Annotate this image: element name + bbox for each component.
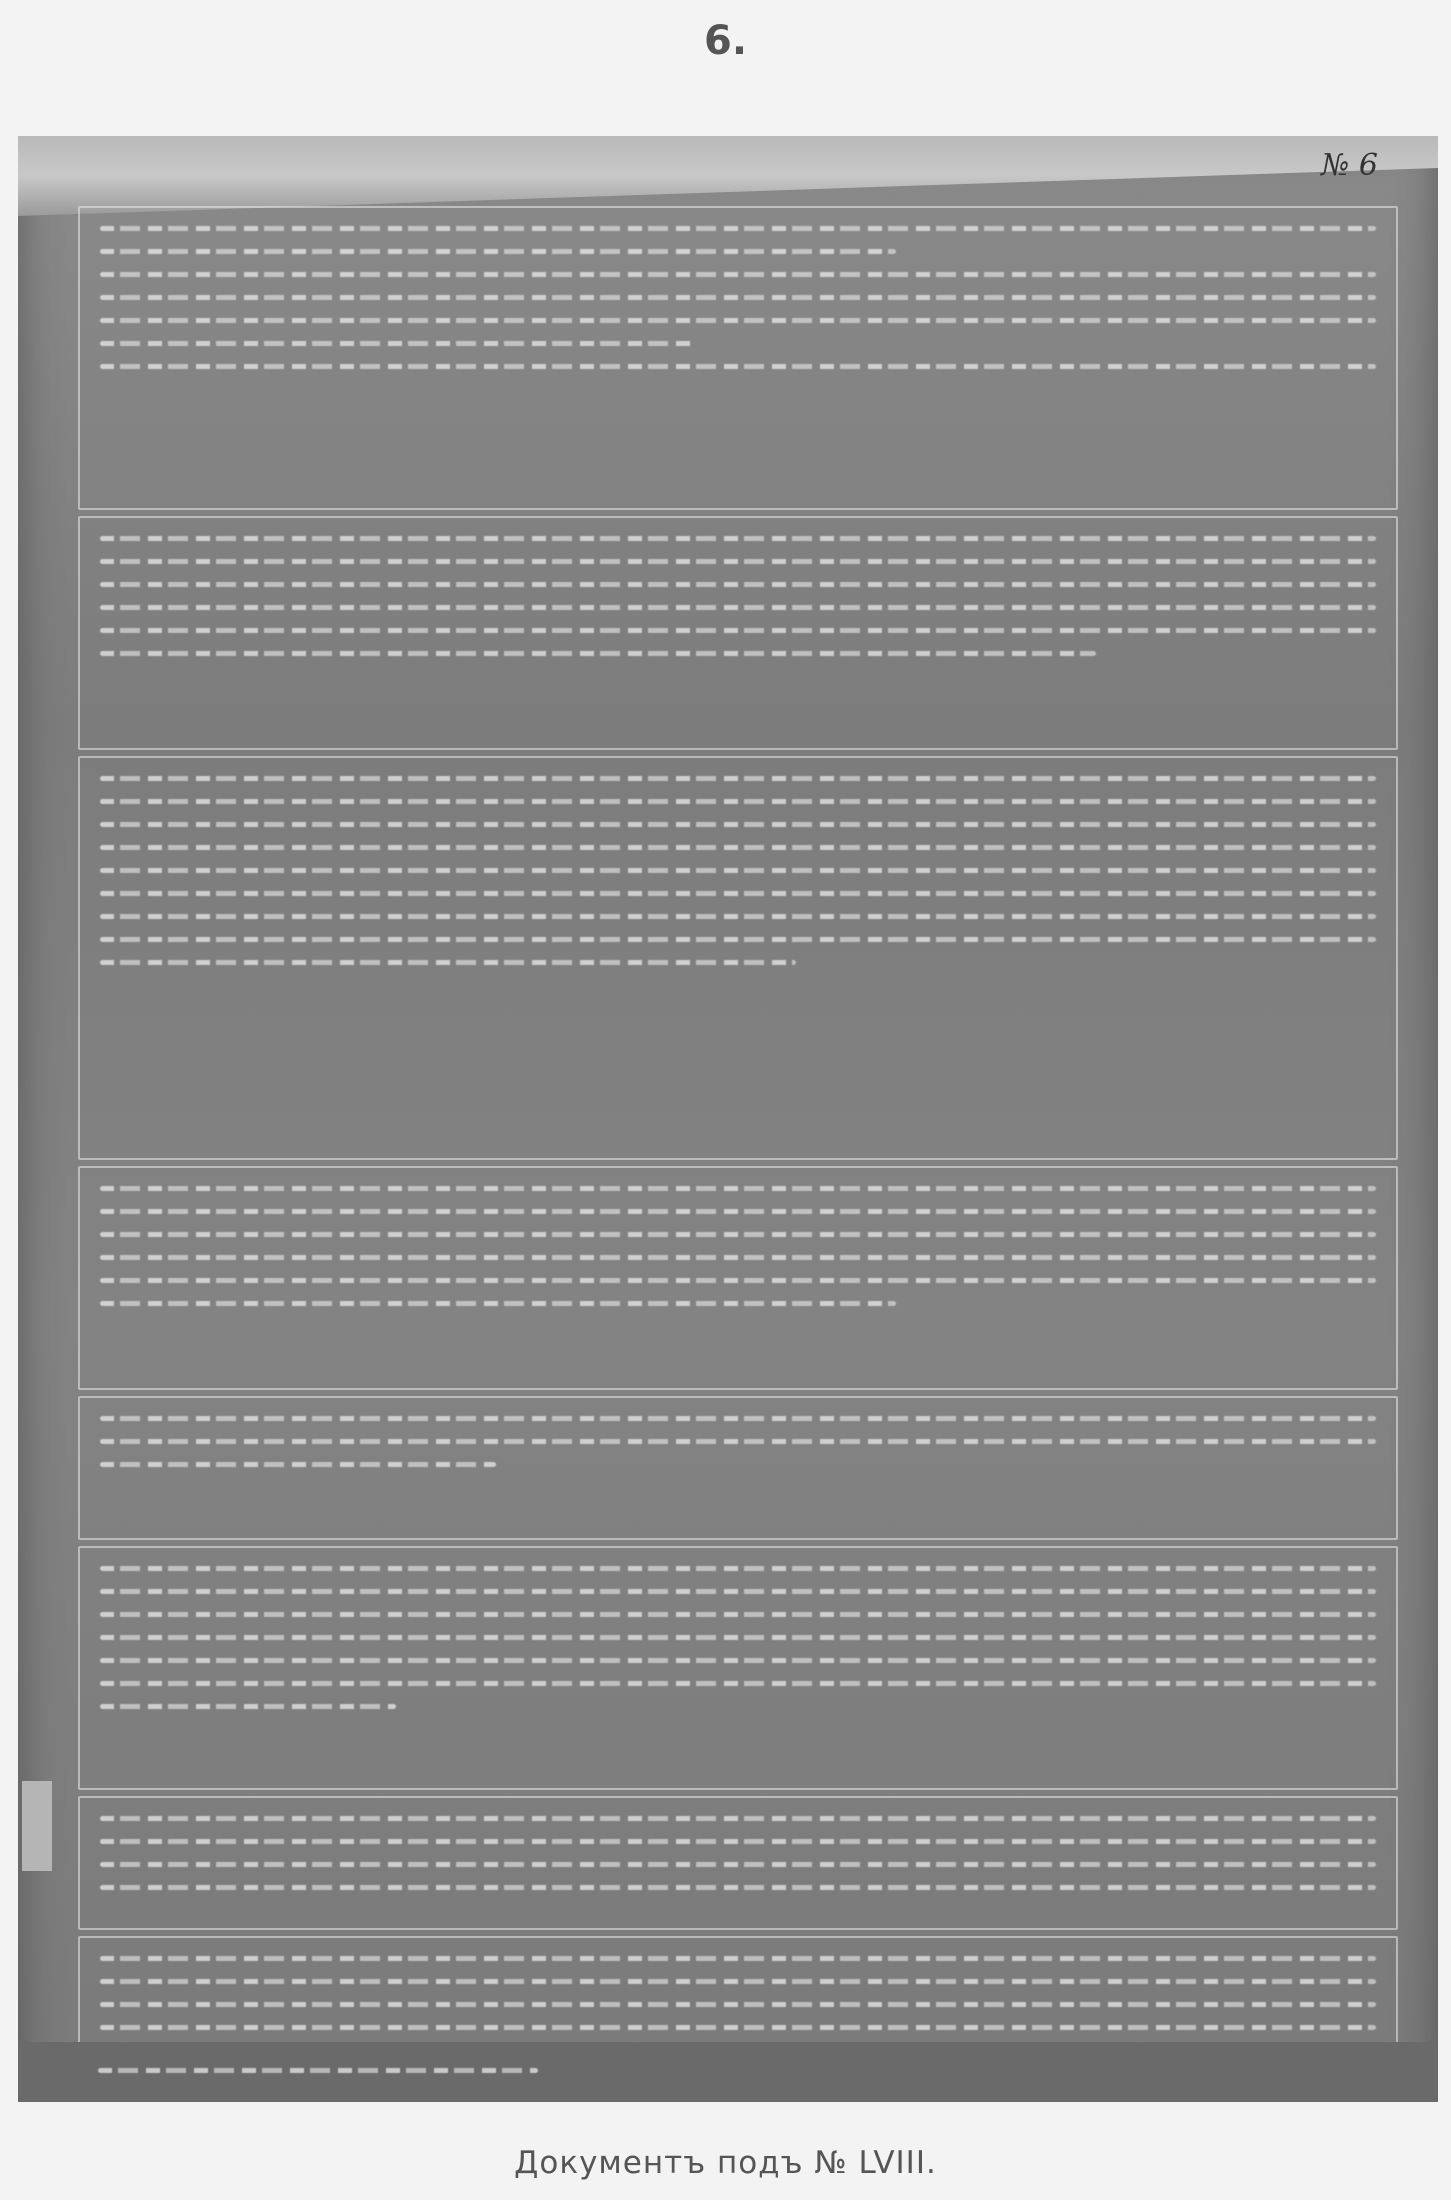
script-line	[100, 1589, 1376, 1594]
script-line	[100, 1566, 1376, 1571]
script-line	[100, 536, 1376, 541]
manuscript-text-block	[78, 1546, 1398, 1790]
script-line	[100, 1885, 1376, 1890]
manuscript-text-block	[78, 1796, 1398, 1930]
manuscript-text-block	[78, 516, 1398, 750]
script-line	[100, 1416, 1376, 1421]
script-line	[100, 914, 1376, 919]
script-line	[100, 249, 896, 254]
script-line	[100, 1862, 1376, 1867]
script-line	[100, 295, 1376, 300]
script-line	[100, 628, 1376, 633]
script-line	[100, 2025, 1376, 2030]
manuscript-top-edge	[18, 136, 1438, 216]
manuscript-text-block	[78, 1936, 1398, 2050]
script-line	[100, 1232, 1376, 1237]
manuscript-text-block	[78, 1166, 1398, 1390]
manuscript-archive-number: № 6	[1321, 148, 1378, 183]
script-line	[100, 1979, 1376, 1984]
script-line	[98, 2068, 538, 2073]
script-line	[100, 582, 1376, 587]
script-line	[100, 1612, 1376, 1617]
script-line	[100, 1816, 1376, 1821]
script-line	[100, 776, 1376, 781]
script-line	[100, 822, 1376, 827]
script-line	[100, 272, 1376, 277]
script-line	[100, 226, 1376, 231]
script-line	[100, 868, 1376, 873]
script-line	[100, 1704, 396, 1709]
script-line	[100, 799, 1376, 804]
manuscript-bottom-edge	[18, 2042, 1438, 2102]
script-line	[100, 1186, 1376, 1191]
manuscript-seal-tab	[22, 1781, 52, 1871]
script-line	[100, 891, 1376, 896]
manuscript-text-block	[78, 1396, 1398, 1540]
script-line	[100, 1839, 1376, 1844]
script-line	[100, 1209, 1376, 1214]
script-line	[100, 1658, 1376, 1663]
plate-caption: Документъ подъ № LVIII.	[0, 2145, 1451, 2181]
script-line	[100, 605, 1376, 610]
script-line	[100, 1956, 1376, 1961]
script-line	[100, 845, 1376, 850]
page-number: 6.	[0, 18, 1451, 64]
script-line	[100, 318, 1376, 323]
script-line	[100, 559, 1376, 564]
script-line	[100, 1301, 896, 1306]
script-line	[100, 1439, 1376, 1444]
script-line	[100, 1462, 496, 1467]
manuscript-photo: № 6	[18, 136, 1438, 2102]
script-line	[100, 651, 1096, 656]
manuscript-text-block	[78, 206, 1398, 510]
script-line	[100, 960, 796, 965]
script-line	[100, 1681, 1376, 1686]
script-line	[100, 937, 1376, 942]
script-line	[100, 1635, 1376, 1640]
script-line	[100, 2002, 1376, 2007]
script-line	[100, 1278, 1376, 1283]
manuscript-text-block	[78, 756, 1398, 1160]
script-line	[100, 1255, 1376, 1260]
script-line	[100, 341, 696, 346]
script-line	[100, 364, 1376, 369]
